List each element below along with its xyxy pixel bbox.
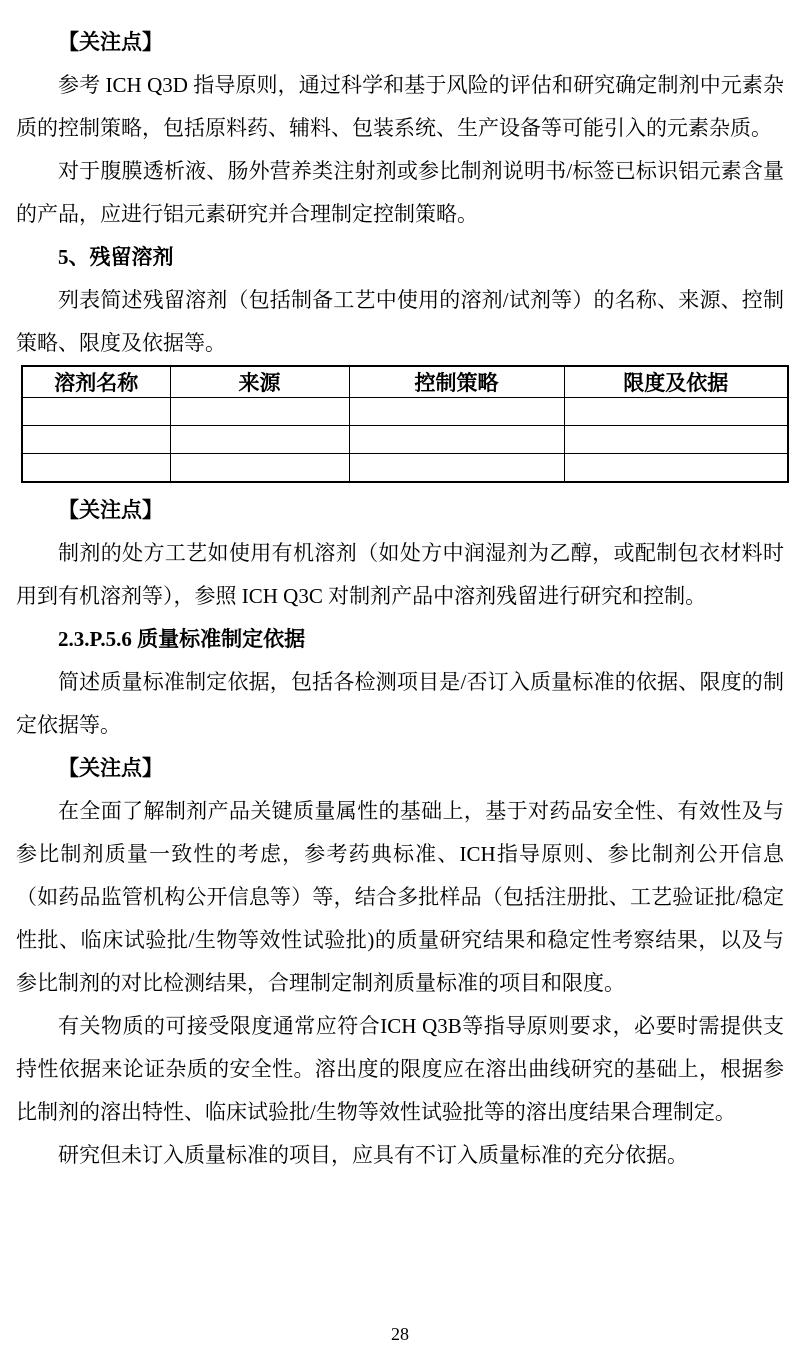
- heading-spec-setting-basis: 2.3.P.5.6 质量标准制定依据: [16, 618, 784, 661]
- residual-solvent-table: 溶剂名称 来源 控制策略 限度及依据: [21, 365, 789, 483]
- para-items-not-in-spec: 研究但未订入质量标准的项目，应具有不订入质量标准的充分依据。: [16, 1134, 784, 1177]
- solvent-table-header-limit-basis: 限度及依据: [564, 366, 788, 398]
- solvent-table-cell: [22, 426, 170, 454]
- solvent-table-cell: [564, 454, 788, 483]
- para-impurity-dissolution-limits: 有关物质的可接受限度通常应符合ICH Q3B等指导原则要求，必要时需提供支持性依…: [16, 1005, 784, 1134]
- solvent-table-cell: [564, 398, 788, 426]
- heading-residual-solvents: 5、残留溶剂: [16, 236, 784, 279]
- focus-points-heading-elemental-impurities: 【关注点】: [16, 21, 784, 64]
- page-number: 28: [0, 1323, 800, 1345]
- solvent-table-header-row: 溶剂名称 来源 控制策略 限度及依据: [22, 366, 788, 398]
- solvent-table-header-name: 溶剂名称: [22, 366, 170, 398]
- para-spec-basis-intro: 简述质量标准制定依据，包括各检测项目是/否订入质量标准的依据、限度的制定依据等。: [16, 661, 784, 747]
- focus-points-heading-spec-basis: 【关注点】: [16, 747, 784, 790]
- para-aluminum-content: 对于腹膜透析液、肠外营养类注射剂或参比制剂说明书/标签已标识铝元素含量的产品，应…: [16, 150, 784, 236]
- solvent-table-empty-row: [22, 426, 788, 454]
- para-ich-q3d-elemental-impurities: 参考 ICH Q3D 指导原则，通过科学和基于风险的评估和研究确定制剂中元素杂质…: [16, 64, 784, 150]
- solvent-table-empty-row: [22, 398, 788, 426]
- document-page: 【关注点】 参考 ICH Q3D 指导原则，通过科学和基于风险的评估和研究确定制…: [0, 0, 800, 1369]
- para-solvent-table-intro: 列表简述残留溶剂（包括制备工艺中使用的溶剂/试剂等）的名称、来源、控制策略、限度…: [16, 279, 784, 365]
- solvent-table-cell: [349, 398, 564, 426]
- solvent-table-cell: [349, 454, 564, 483]
- solvent-table-header-control-strategy: 控制策略: [349, 366, 564, 398]
- solvent-table-cell: [22, 398, 170, 426]
- solvent-table-empty-row: [22, 454, 788, 483]
- solvent-table-cell: [170, 454, 349, 483]
- para-quality-attributes-spec: 在全面了解制剂产品关键质量属性的基础上，基于对药品安全性、有效性及与参比制剂质量…: [16, 790, 784, 1005]
- solvent-table-cell: [170, 398, 349, 426]
- para-organic-solvent-q3c: 制剂的处方工艺如使用有机溶剂（如处方中润湿剂为乙醇，或配制包衣材料时用到有机溶剂…: [16, 532, 784, 618]
- solvent-table-cell: [349, 426, 564, 454]
- solvent-table-header-source: 来源: [170, 366, 349, 398]
- solvent-table-cell: [22, 454, 170, 483]
- solvent-table-cell: [170, 426, 349, 454]
- focus-points-heading-residual-solvents: 【关注点】: [16, 489, 784, 532]
- solvent-table-cell: [564, 426, 788, 454]
